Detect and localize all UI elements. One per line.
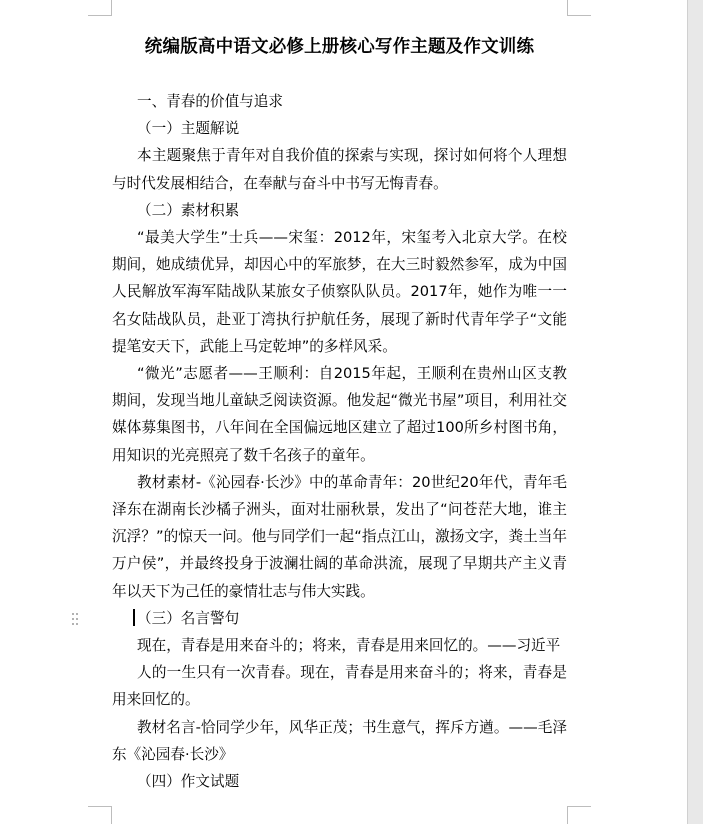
quote-paragraph: 现在，青春是用来奋斗的；将来，青春是用来回忆的。——习近平 <box>112 632 567 659</box>
margin-corner-top-right <box>567 0 591 16</box>
subsection-heading-materials: （二）素材积累 <box>112 197 567 224</box>
subsection-heading-theme: （一）主题解说 <box>112 115 567 142</box>
quote-paragraph: 教材名言-恰同学少年，风华正茂；书生意气，挥斥方遒。——毛泽东《沁园春·长沙》 <box>112 714 567 768</box>
subsection-heading-quotes: （三）名言警句 <box>112 605 567 632</box>
margin-corner-top-left <box>88 0 112 16</box>
scrollbar-track[interactable] <box>687 0 703 824</box>
document-body[interactable]: 一、青春的价值与追求 （一）主题解说 本主题聚焦于青年对自我价值的探索与实现，探… <box>112 88 567 795</box>
text-cursor <box>133 609 135 626</box>
material-paragraph: 教材素材-《沁园春·长沙》中的革命青年：20世纪20年代，青年毛泽东在湖南长沙橘… <box>112 469 567 605</box>
margin-corner-bottom-left <box>88 806 112 824</box>
drag-handle-icon[interactable] <box>72 613 80 627</box>
document-title: 统编版高中语文必修上册核心写作主题及作文训练 <box>112 33 567 58</box>
material-paragraph: “微光”志愿者——王顺利：自2015年起，王顺利在贵州山区支教期间，发现当地儿童… <box>112 360 567 469</box>
material-paragraph: “最美大学生”士兵——宋玺：2012年，宋玺考入北京大学。在校期间，她成绩优异，… <box>112 224 567 360</box>
margin-corner-bottom-right <box>567 806 591 824</box>
subsection-heading-quotes-label: （三）名言警句 <box>137 610 239 627</box>
quote-paragraph: 人的一生只有一次青春。现在，青春是用来奋斗的；将来，青春是用来回忆的。 <box>112 659 567 713</box>
section-heading: 一、青春的价值与追求 <box>112 88 567 115</box>
document-page: 统编版高中语文必修上册核心写作主题及作文训练 一、青春的价值与追求 （一）主题解… <box>0 0 687 824</box>
subsection-heading-essay: （四）作文试题 <box>112 768 567 795</box>
theme-paragraph: 本主题聚焦于青年对自我价值的探索与实现，探讨如何将个人理想与时代发展相结合，在奉… <box>112 142 567 196</box>
